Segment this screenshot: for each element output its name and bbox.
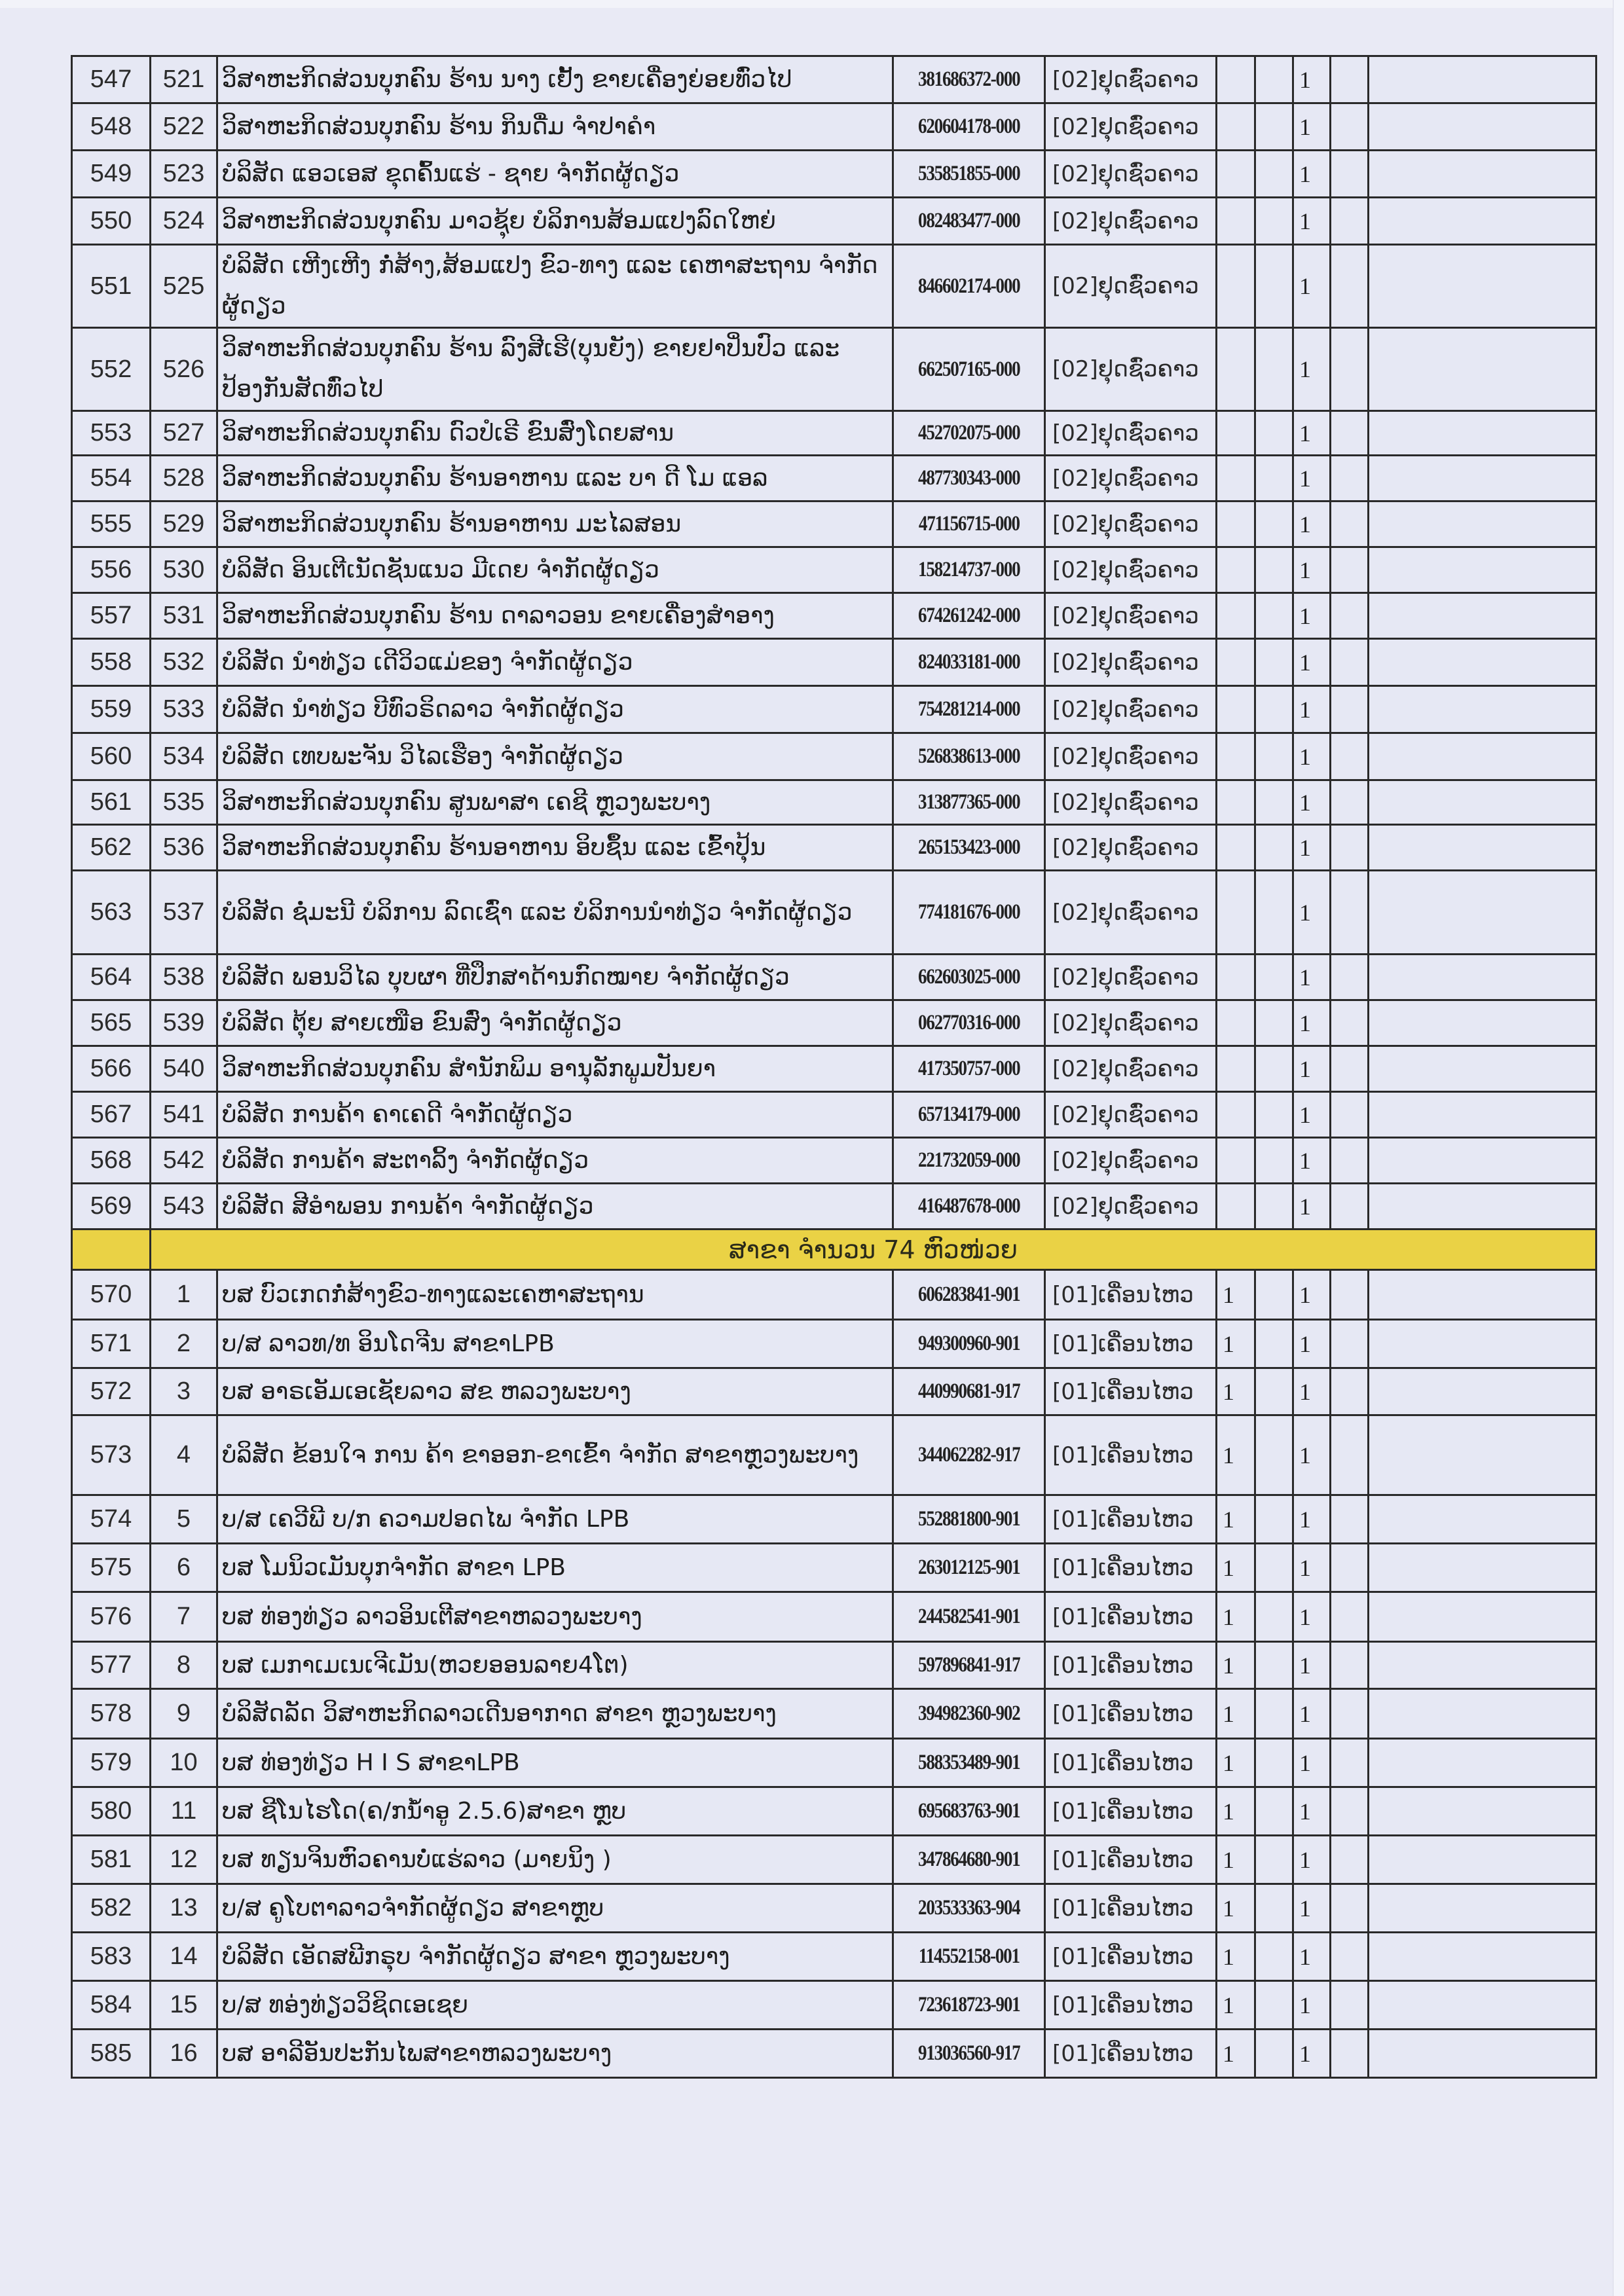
row-number: 563	[72, 871, 151, 955]
row-number: 575	[72, 1544, 151, 1592]
tax-id: 244582541-901	[893, 1592, 1045, 1642]
row-number: 553	[72, 411, 151, 456]
taxpayer-table: 547 521 ວິສາຫະກິດສ່ວນບຸກຄົນ ຮ້ານ ນາງ ເຢັ…	[71, 55, 1597, 2079]
business-name: ວິສາຫະກິດສ່ວນບຸກຄົນ ມາວຊຸ້ຍ ບໍລິການສ້ອມແ…	[217, 198, 893, 245]
row-number: 580	[72, 1787, 151, 1836]
business-name: ວິສາຫະກິດສ່ວນບຸກຄົນ ຮ້ານ ດາລາວອນ ຂາຍເຄື່…	[217, 593, 893, 639]
table-row: 577 8 ບສ ເມກາເມເນເຈີເມັນ(ຫວຍອອນລາຍ4ໂຕ) 5…	[72, 1642, 1596, 1689]
tax-id-text: 452702075-000	[918, 421, 1020, 445]
flag-col-2	[1255, 198, 1293, 245]
note-cell	[1369, 2030, 1596, 2078]
tax-id: 313877365-000	[893, 780, 1045, 825]
table-row: 548 522 ວິສາຫະກິດສ່ວນບຸກຄົນ ຮ້ານ ກິນດື່ມ…	[72, 103, 1596, 151]
row-number: 574	[72, 1495, 151, 1544]
row-number: 569	[72, 1184, 151, 1230]
flag-col-2	[1255, 411, 1293, 456]
flag-col-1	[1217, 639, 1255, 686]
note-cell	[1369, 871, 1596, 955]
row-number: 557	[72, 593, 151, 639]
business-name: ບສ ທຽນຈິນຫົວຄານບໍ່ແຮ່ລາວ (ມາຍນິງ )	[217, 1836, 893, 1884]
business-name: ບໍລິສັດ ເຫີງເຫີງ ກໍ່ສ້າງ,ສ້ອມແປງ ຂົວ-ທາງ…	[217, 245, 893, 328]
status-type: [01]ເຄື່ອນໄຫວ	[1045, 1495, 1217, 1544]
flag-col-2	[1255, 1046, 1293, 1092]
tax-id: 417350757-000	[893, 1046, 1045, 1092]
status-type: [02]ຢຸດຊົ່ວຄາວ	[1045, 198, 1217, 245]
flag-col-4	[1331, 456, 1369, 501]
note-cell	[1369, 1592, 1596, 1642]
sequence-number: 4	[151, 1415, 217, 1495]
table-row: 567 541 ບໍລິສັດ ການຄ້າ ຄາເຄດີ ຈຳກັດຜູ້ດຽ…	[72, 1092, 1596, 1138]
table-row: 569 543 ບໍລິສັດ ສີອຳພອນ ການຄ້າ ຈຳກັດຜູ້ດ…	[72, 1184, 1596, 1230]
tax-id: 588353489-901	[893, 1739, 1045, 1787]
sequence-number: 523	[151, 151, 217, 198]
sequence-number: 16	[151, 2030, 217, 2078]
status-type: [02]ຢຸດຊົ່ວຄາວ	[1045, 825, 1217, 871]
flag-col-4	[1331, 56, 1369, 103]
flag-col-2	[1255, 1320, 1293, 1368]
status-type: [01]ເຄື່ອນໄຫວ	[1045, 1689, 1217, 1739]
note-cell	[1369, 955, 1596, 1000]
row-number: 571	[72, 1320, 151, 1368]
tax-id: 552881800-901	[893, 1495, 1045, 1544]
tax-id-text: 471156715-000	[919, 512, 1020, 536]
note-cell	[1369, 1836, 1596, 1884]
tax-id-text: 344062282-917	[918, 1443, 1020, 1467]
flag-col-1	[1217, 871, 1255, 955]
table-row: 571 2 ບ/ສ ລາວທ/ທ ອິນໂດຈີນ ສາຂາLPB 949300…	[72, 1320, 1596, 1368]
tax-id-text: 158214737-000	[918, 558, 1020, 582]
row-number: 582	[72, 1884, 151, 1933]
tax-id: 221732059-000	[893, 1138, 1045, 1184]
flag-col-3: 1	[1293, 780, 1331, 825]
status-type: [02]ຢຸດຊົ່ວຄາວ	[1045, 151, 1217, 198]
business-name: ບສ ໂມນິວເມັນບຸກຈຳກັດ ສາຂາ LPB	[217, 1544, 893, 1592]
business-name: ວິສາຫະກິດສ່ວນບຸກຄົນ ສູນພາສາ ເຄຊີ ຫຼວງພະບ…	[217, 780, 893, 825]
flag-col-4	[1331, 1495, 1369, 1544]
row-number: 567	[72, 1092, 151, 1138]
note-cell	[1369, 1689, 1596, 1739]
flag-col-2	[1255, 1592, 1293, 1642]
flag-col-3: 1	[1293, 1092, 1331, 1138]
flag-col-1: 1	[1217, 1592, 1255, 1642]
flag-col-4	[1331, 151, 1369, 198]
flag-col-1: 1	[1217, 1270, 1255, 1320]
table-row: 556 530 ບໍລິສັດ ອິນເຕີເນັດຊັນແນວ ມີເດຍ ຈ…	[72, 547, 1596, 593]
sequence-number: 534	[151, 733, 217, 780]
flag-col-3: 1	[1293, 1592, 1331, 1642]
table-row: 582 13 ບ/ສ ຄູໂບຕາລາວຈຳກັດຜູ້ດຽວ ສາຂາຫຼບ …	[72, 1884, 1596, 1933]
flag-col-4	[1331, 1787, 1369, 1836]
business-name: ວິສາຫະກິດສ່ວນບຸກຄົນ ຮ້ານອາຫານ ແລະ ບາ ດີ …	[217, 456, 893, 501]
row-number: 551	[72, 245, 151, 328]
table-row: 580 11 ບສ ຊີໂນໄຮໂດ(ຄ/ກນ້ຳອູ 2.5.6)ສາຂາ ຫ…	[72, 1787, 1596, 1836]
note-cell	[1369, 245, 1596, 328]
status-type: [02]ຢຸດຊົ່ວຄາວ	[1045, 733, 1217, 780]
tax-id-text: 221732059-000	[918, 1148, 1020, 1173]
business-name: ບສ ທ່ອງທ່ຽວ H I S ສາຂາLPB	[217, 1739, 893, 1787]
flag-col-1	[1217, 1138, 1255, 1184]
sequence-number: 522	[151, 103, 217, 151]
flag-col-3: 1	[1293, 103, 1331, 151]
flag-col-2	[1255, 825, 1293, 871]
row-number: 570	[72, 1270, 151, 1320]
sequence-number: 7	[151, 1592, 217, 1642]
tax-id-text: 824033181-000	[918, 650, 1020, 674]
flag-col-4	[1331, 245, 1369, 328]
flag-col-4	[1331, 1000, 1369, 1046]
flag-col-2	[1255, 456, 1293, 501]
flag-col-3: 1	[1293, 1320, 1331, 1368]
flag-col-2	[1255, 1642, 1293, 1689]
sequence-number: 536	[151, 825, 217, 871]
note-cell	[1369, 328, 1596, 411]
row-number: 576	[72, 1592, 151, 1642]
note-cell	[1369, 686, 1596, 733]
flag-col-2	[1255, 1368, 1293, 1415]
flag-col-1	[1217, 686, 1255, 733]
business-name: ບສ ບົວເກດກໍ່ສ້າງຂົວ-ທາງແລະເຄຫາສະຖານ	[217, 1270, 893, 1320]
scan-right-edge	[1613, 0, 1624, 2296]
tax-id: 662603025-000	[893, 955, 1045, 1000]
sequence-number: 524	[151, 198, 217, 245]
flag-col-1: 1	[1217, 1415, 1255, 1495]
tax-id: 723618723-901	[893, 1981, 1045, 2030]
flag-col-1	[1217, 245, 1255, 328]
sequence-number: 538	[151, 955, 217, 1000]
flag-col-1: 1	[1217, 1739, 1255, 1787]
business-name: ບໍລິສັດ ສີອຳພອນ ການຄ້າ ຈຳກັດຜູ້ດຽວ	[217, 1184, 893, 1230]
flag-col-2	[1255, 955, 1293, 1000]
sequence-number: 530	[151, 547, 217, 593]
flag-col-4	[1331, 1046, 1369, 1092]
status-type: [01]ເຄື່ອນໄຫວ	[1045, 1836, 1217, 1884]
table-row: 566 540 ວິສາຫະກິດສ່ວນບຸກຄົນ ສຳນັກພິມ ອານ…	[72, 1046, 1596, 1092]
status-type: [02]ຢຸດຊົ່ວຄາວ	[1045, 245, 1217, 328]
business-name: ບໍລິສັດ ນຳທ່ຽວ ບີທົວຣິດລາວ ຈຳກັດຜູ້ດຽວ	[217, 686, 893, 733]
tax-id: 674261242-000	[893, 593, 1045, 639]
flag-col-4	[1331, 1092, 1369, 1138]
flag-col-3: 1	[1293, 1000, 1331, 1046]
status-type: [02]ຢຸດຊົ່ວຄາວ	[1045, 456, 1217, 501]
status-type: [02]ຢຸດຊົ່ວຄາວ	[1045, 56, 1217, 103]
note-cell	[1369, 593, 1596, 639]
flag-col-1	[1217, 955, 1255, 1000]
flag-col-3: 1	[1293, 1836, 1331, 1884]
tax-id: 203533363-904	[893, 1884, 1045, 1933]
tax-id: 158214737-000	[893, 547, 1045, 593]
business-name: ບໍລິສັດ ການຄ້າ ຄາເຄດີ ຈຳກັດຜູ້ດຽວ	[217, 1092, 893, 1138]
business-name: ບໍລິສັດ ແອວເອສ ຂຸດຄົ້ນແຮ່ - ຊາຍ ຈຳກັດຜູ້…	[217, 151, 893, 198]
section-header-group: ສາຂາ ຈຳນວນ 74 ຫົວໜ່ວຍ	[72, 1230, 1596, 1270]
flag-col-3: 1	[1293, 593, 1331, 639]
row-number: 552	[72, 328, 151, 411]
flag-col-3: 1	[1293, 1787, 1331, 1836]
flag-col-4	[1331, 686, 1369, 733]
business-name: ບໍລິສັດ ການຄ້າ ສະຕາລິ້ງ ຈຳກັດຜູ້ດຽວ	[217, 1138, 893, 1184]
flag-col-1	[1217, 1092, 1255, 1138]
flag-col-1: 1	[1217, 1689, 1255, 1739]
table-row: 562 536 ວິສາຫະກິດສ່ວນບຸກຄົນ ຮ້ານອາຫານ ອິ…	[72, 825, 1596, 871]
row-number: 573	[72, 1415, 151, 1495]
table-row: 581 12 ບສ ທຽນຈິນຫົວຄານບໍ່ແຮ່ລາວ (ມາຍນິງ …	[72, 1836, 1596, 1884]
note-cell	[1369, 1933, 1596, 1981]
flag-col-2	[1255, 1836, 1293, 1884]
tax-id: 487730343-000	[893, 456, 1045, 501]
flag-col-2	[1255, 1739, 1293, 1787]
rows-before-section: 547 521 ວິສາຫະກິດສ່ວນບຸກຄົນ ຮ້ານ ນາງ ເຢັ…	[72, 56, 1596, 1230]
flag-col-3: 1	[1293, 1689, 1331, 1739]
row-number: 548	[72, 103, 151, 151]
scan-top-edge	[0, 0, 1624, 8]
business-name: ບໍລິສັດ ນຳທ່ຽວ ເດີວິວແມ່ຂອງ ຈຳກັດຜູ້ດຽວ	[217, 639, 893, 686]
tax-id: 657134179-000	[893, 1092, 1045, 1138]
row-number: 562	[72, 825, 151, 871]
note-cell	[1369, 1495, 1596, 1544]
note-cell	[1369, 1270, 1596, 1320]
flag-col-1: 1	[1217, 2030, 1255, 2078]
tax-id-text: 535851855-000	[918, 162, 1020, 186]
section-header-row: ສາຂາ ຈຳນວນ 74 ຫົວໜ່ວຍ	[72, 1230, 1596, 1270]
flag-col-4	[1331, 1836, 1369, 1884]
tax-id-text: 662603025-000	[918, 965, 1020, 989]
row-number: 554	[72, 456, 151, 501]
business-name: ວິສາຫະກິດສ່ວນບຸກຄົນ ຮ້ານ ນາງ ເຢັ້ງ ຂາຍເຄ…	[217, 56, 893, 103]
table-row: 564 538 ບໍລິສັດ ພອນວິໄລ ບຸບຜາ ທີ່ປຶກສາດ້…	[72, 955, 1596, 1000]
flag-col-3: 1	[1293, 639, 1331, 686]
table-row: 547 521 ວິສາຫະກິດສ່ວນບຸກຄົນ ຮ້ານ ນາງ ເຢັ…	[72, 56, 1596, 103]
business-name: ວິສາຫະກິດສ່ວນບຸກຄົນ ຮ້ານ ລົງສີເຮີ(ບຸນຍັງ…	[217, 328, 893, 411]
sequence-number: 540	[151, 1046, 217, 1092]
business-name: ບໍລິສັດ ພອນວິໄລ ບຸບຜາ ທີ່ປຶກສາດ້ານກົດໝາຍ…	[217, 955, 893, 1000]
business-name: ວິສາຫະກິດສ່ວນບຸກຄົນ ຮ້ານອາຫານ ອິບຊຶ້ນ ແລ…	[217, 825, 893, 871]
sequence-number: 542	[151, 1138, 217, 1184]
flag-col-1	[1217, 198, 1255, 245]
business-name: ບໍລິສັດລັດ ວິສາຫະກິດລາວເດີນອາກາດ ສາຂາ ຫຼ…	[217, 1689, 893, 1739]
flag-col-3: 1	[1293, 1884, 1331, 1933]
tax-id: 471156715-000	[893, 501, 1045, 547]
table-row: 555 529 ວິສາຫະກິດສ່ວນບຸກຄົນ ຮ້ານອາຫານ ມະ…	[72, 501, 1596, 547]
status-type: [02]ຢຸດຊົ່ວຄາວ	[1045, 328, 1217, 411]
flag-col-3: 1	[1293, 198, 1331, 245]
flag-col-1	[1217, 411, 1255, 456]
flag-col-2	[1255, 733, 1293, 780]
note-cell	[1369, 198, 1596, 245]
flag-col-2	[1255, 1184, 1293, 1230]
row-number: 549	[72, 151, 151, 198]
row-number: 550	[72, 198, 151, 245]
status-type: [01]ເຄື່ອນໄຫວ	[1045, 1884, 1217, 1933]
table-row: 585 16 ບສ ອາລີອັນປະກັນໄພສາຂາຫລວງພະບາງ 91…	[72, 2030, 1596, 2078]
flag-col-2	[1255, 639, 1293, 686]
flag-col-4	[1331, 639, 1369, 686]
note-cell	[1369, 1046, 1596, 1092]
table-row: 560 534 ບໍລິສັດ ເທບພະຈັນ ວິໄລເຮືອງ ຈຳກັດ…	[72, 733, 1596, 780]
status-type: [01]ເຄື່ອນໄຫວ	[1045, 1981, 1217, 2030]
sequence-number: 11	[151, 1787, 217, 1836]
tax-id: 394982360-902	[893, 1689, 1045, 1739]
tax-id: 526838613-000	[893, 733, 1045, 780]
flag-col-2	[1255, 2030, 1293, 2078]
status-type: [02]ຢຸດຊົ່ວຄາວ	[1045, 1184, 1217, 1230]
tax-id-text: 620604178-000	[918, 115, 1020, 139]
flag-col-1: 1	[1217, 1320, 1255, 1368]
status-type: [02]ຢຸດຊົ່ວຄາວ	[1045, 103, 1217, 151]
flag-col-4	[1331, 1368, 1369, 1415]
row-number: 565	[72, 1000, 151, 1046]
tax-id: 606283841-901	[893, 1270, 1045, 1320]
note-cell	[1369, 1787, 1596, 1836]
business-name: ບ/ສ ເຄວີພີ ບ/ກ ຄວາມປອດໄພ ຈຳກັດ LPB	[217, 1495, 893, 1544]
flag-col-4	[1331, 1320, 1369, 1368]
note-cell	[1369, 1642, 1596, 1689]
flag-col-1: 1	[1217, 1544, 1255, 1592]
flag-col-2	[1255, 1000, 1293, 1046]
business-name: ບໍລິສັດ ເທບພະຈັນ ວິໄລເຮືອງ ຈຳກັດຜູ້ດຽວ	[217, 733, 893, 780]
flag-col-2	[1255, 1270, 1293, 1320]
table-row: 557 531 ວິສາຫະກິດສ່ວນບຸກຄົນ ຮ້ານ ດາລາວອນ…	[72, 593, 1596, 639]
note-cell	[1369, 1544, 1596, 1592]
business-name: ບ/ສ ທອ່ງທ່ຽວວິຊິດເອເຊຍ	[217, 1981, 893, 2030]
flag-col-1	[1217, 780, 1255, 825]
table-row: 551 525 ບໍລິສັດ ເຫີງເຫີງ ກໍ່ສ້າງ,ສ້ອມແປງ…	[72, 245, 1596, 328]
flag-col-4	[1331, 1270, 1369, 1320]
note-cell	[1369, 1415, 1596, 1495]
status-type: [02]ຢຸດຊົ່ວຄາວ	[1045, 411, 1217, 456]
tax-id-text: 347864680-901	[918, 1848, 1020, 1872]
tax-id: 082483477-000	[893, 198, 1045, 245]
sequence-number: 539	[151, 1000, 217, 1046]
sequence-number: 1	[151, 1270, 217, 1320]
sequence-number: 12	[151, 1836, 217, 1884]
tax-id-text: 381686372-000	[918, 67, 1020, 92]
business-name: ບສ ທ່ອງທ່ຽວ ລາວອິນເຕີສາຂາຫລວງພະບາງ	[217, 1592, 893, 1642]
flag-col-1: 1	[1217, 1368, 1255, 1415]
tax-id-text: 588353489-901	[918, 1751, 1020, 1775]
flag-col-2	[1255, 1138, 1293, 1184]
tax-id: 774181676-000	[893, 871, 1045, 955]
tax-id: 114552158-001	[893, 1933, 1045, 1981]
tax-id-text: 526838613-000	[918, 744, 1020, 769]
row-number: 578	[72, 1689, 151, 1739]
tax-id: 846602174-000	[893, 245, 1045, 328]
tax-id: 535851855-000	[893, 151, 1045, 198]
flag-col-1: 1	[1217, 1884, 1255, 1933]
flag-col-3: 1	[1293, 547, 1331, 593]
tax-id-text: 913036560-917	[918, 2041, 1020, 2066]
rows-after-section: 570 1 ບສ ບົວເກດກໍ່ສ້າງຂົວ-ທາງແລະເຄຫາສະຖາ…	[72, 1270, 1596, 2078]
note-cell	[1369, 103, 1596, 151]
status-type: [02]ຢຸດຊົ່ວຄາວ	[1045, 547, 1217, 593]
tax-id-text: 244582541-901	[918, 1605, 1020, 1629]
flag-col-1: 1	[1217, 1787, 1255, 1836]
status-type: [01]ເຄື່ອນໄຫວ	[1045, 1544, 1217, 1592]
flag-col-4	[1331, 198, 1369, 245]
flag-col-2	[1255, 56, 1293, 103]
table-row: 572 3 ບສ ອາຣເອັມເອເຊັຍລາວ ສຂ ຫລວງພະບາງ 4…	[72, 1368, 1596, 1415]
flag-col-4	[1331, 871, 1369, 955]
sequence-number: 15	[151, 1981, 217, 2030]
flag-col-4	[1331, 593, 1369, 639]
flag-col-4	[1331, 501, 1369, 547]
flag-col-2	[1255, 686, 1293, 733]
table-row: 574 5 ບ/ສ ເຄວີພີ ບ/ກ ຄວາມປອດໄພ ຈຳກັດ LPB…	[72, 1495, 1596, 1544]
sequence-number: 527	[151, 411, 217, 456]
table-row: 583 14 ບໍລິສັດ ເອັດສພີກຣຸບ ຈຳກັດຜູ້ດຽວ ສ…	[72, 1933, 1596, 1981]
flag-col-3: 1	[1293, 1270, 1331, 1320]
table-row: 559 533 ບໍລິສັດ ນຳທ່ຽວ ບີທົວຣິດລາວ ຈຳກັດ…	[72, 686, 1596, 733]
flag-col-2	[1255, 328, 1293, 411]
sequence-number: 9	[151, 1689, 217, 1739]
tax-id-text: 695683763-901	[918, 1799, 1020, 1823]
table-row: 549 523 ບໍລິສັດ ແອວເອສ ຂຸດຄົ້ນແຮ່ - ຊາຍ …	[72, 151, 1596, 198]
flag-col-4	[1331, 1642, 1369, 1689]
flag-col-1	[1217, 56, 1255, 103]
tax-id: 913036560-917	[893, 2030, 1045, 2078]
tax-id-text: 597896841-917	[918, 1653, 1020, 1677]
business-name: ບໍລິສັດ ອິນເຕີເນັດຊັນແນວ ມີເດຍ ຈຳກັດຜູ້ດ…	[217, 547, 893, 593]
flag-col-4	[1331, 780, 1369, 825]
table-row: 568 542 ບໍລິສັດ ການຄ້າ ສະຕາລິ້ງ ຈຳກັດຜູ້…	[72, 1138, 1596, 1184]
flag-col-2	[1255, 1544, 1293, 1592]
status-type: [01]ເຄື່ອນໄຫວ	[1045, 1592, 1217, 1642]
note-cell	[1369, 639, 1596, 686]
tax-id-text: 440990681-917	[918, 1379, 1020, 1404]
flag-col-4	[1331, 1138, 1369, 1184]
tax-id-text: 657134179-000	[918, 1102, 1020, 1127]
tax-id-text: 606283841-901	[918, 1283, 1020, 1307]
status-type: [02]ຢຸດຊົ່ວຄາວ	[1045, 593, 1217, 639]
flag-col-1	[1217, 1000, 1255, 1046]
table-row: 578 9 ບໍລິສັດລັດ ວິສາຫະກິດລາວເດີນອາກາດ ສ…	[72, 1689, 1596, 1739]
table-row: 563 537 ບໍລິສັດ ຊໍ່ມະນີ ບໍລິການ ລົດເຊົ່າ…	[72, 871, 1596, 955]
tax-id: 263012125-901	[893, 1544, 1045, 1592]
sequence-number: 532	[151, 639, 217, 686]
tax-id: 754281214-000	[893, 686, 1045, 733]
flag-col-1: 1	[1217, 1981, 1255, 2030]
flag-col-3: 1	[1293, 1046, 1331, 1092]
sequence-number: 8	[151, 1642, 217, 1689]
row-number: 577	[72, 1642, 151, 1689]
note-cell	[1369, 501, 1596, 547]
note-cell	[1369, 151, 1596, 198]
note-cell	[1369, 1739, 1596, 1787]
tax-id: 597896841-917	[893, 1642, 1045, 1689]
note-cell	[1369, 411, 1596, 456]
tax-id: 440990681-917	[893, 1368, 1045, 1415]
business-name: ບໍລິສັດ ຕຸ້ຍ ສາຍເໜືອ ຂົນສົ່ງ ຈຳກັດຜູ້ດຽວ	[217, 1000, 893, 1046]
row-number: 583	[72, 1933, 151, 1981]
table-row: 553 527 ວິສາຫະກິດສ່ວນບຸກຄົນ ດົວປໍເຣີ ຂົນ…	[72, 411, 1596, 456]
row-number: 572	[72, 1368, 151, 1415]
flag-col-2	[1255, 780, 1293, 825]
flag-col-2	[1255, 151, 1293, 198]
flag-col-1	[1217, 151, 1255, 198]
tax-id-text: 416487678-000	[918, 1194, 1020, 1218]
note-cell	[1369, 1368, 1596, 1415]
row-number: 579	[72, 1739, 151, 1787]
flag-col-4	[1331, 955, 1369, 1000]
note-cell	[1369, 1000, 1596, 1046]
taxpayer-register-sheet: 547 521 ວິສາຫະກິດສ່ວນບຸກຄົນ ຮ້ານ ນາງ ເຢັ…	[71, 55, 1595, 2079]
row-number: 547	[72, 56, 151, 103]
row-number: 560	[72, 733, 151, 780]
flag-col-4	[1331, 1415, 1369, 1495]
flag-col-3: 1	[1293, 2030, 1331, 2078]
row-number: 561	[72, 780, 151, 825]
row-number: 566	[72, 1046, 151, 1092]
flag-col-3: 1	[1293, 245, 1331, 328]
flag-col-4	[1331, 547, 1369, 593]
